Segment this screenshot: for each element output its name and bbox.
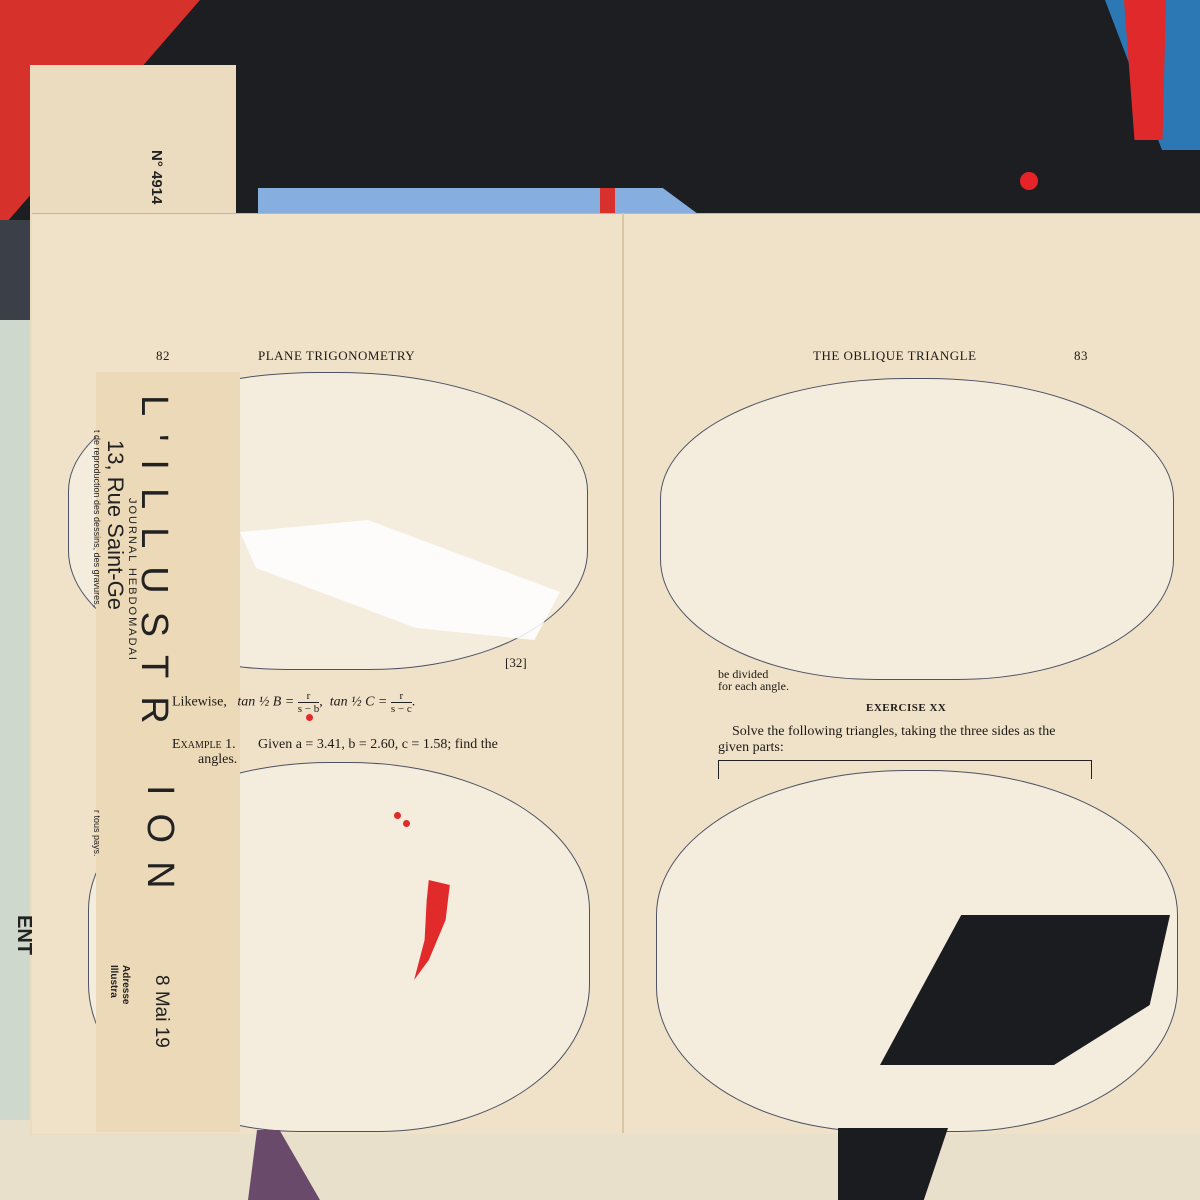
example-text-2: angles. [198, 752, 237, 768]
dark-edge-block [0, 220, 30, 320]
edge-text: ENT [12, 915, 35, 955]
eq2-lhs: tan ½ C = [330, 695, 388, 710]
red-dot [1020, 172, 1038, 190]
eq2-fraction: rs − c [391, 690, 412, 715]
black-paper-bottom [838, 1128, 948, 1200]
exercise-text: Solve the following triangles, taking th… [732, 724, 1055, 740]
cutout-blob-top-right [660, 378, 1174, 680]
blue-paper-strip [258, 188, 698, 214]
magazine-title-part-1: L'ILLUSTR [132, 395, 175, 742]
red-paint-drop [394, 812, 401, 819]
magazine-address-label-2: Illustra [108, 965, 119, 998]
book-spine [622, 213, 624, 1133]
magazine-address: 13, Rue Saint-Ge [102, 440, 128, 610]
magazine-title-part-2: ION [138, 785, 181, 907]
magazine-address-label: Adresse [120, 965, 131, 1004]
eq1-lhs: tan ½ B = [237, 695, 294, 710]
exercise-text-2: given parts: [718, 740, 784, 756]
magazine-rights-text-2: r tous pays. [92, 810, 102, 857]
red-paint-drop [306, 714, 313, 721]
eq1-fraction: rs − b [298, 690, 319, 715]
pale-green-edge [0, 320, 32, 1120]
exercise-heading: EXERCISE XX [866, 702, 946, 714]
magazine-date: 8 Mai 19 [150, 975, 172, 1048]
formula-line: Likewise, tan ½ B = rs − b, tan ½ C = rs… [172, 690, 415, 715]
example-label: Example 1. [172, 737, 236, 753]
right-page-number: 83 [1074, 348, 1088, 364]
table-frame [718, 760, 1092, 779]
purple-paint-bottom [230, 1130, 320, 1200]
equation-reference: [32] [505, 655, 527, 671]
left-running-head: PLANE TRIGONOMETRY [258, 348, 415, 364]
red-paint-drop [403, 820, 410, 827]
left-page-number: 82 [156, 348, 170, 364]
example-text: Given a = 3.41, b = 2.60, c = 1.58; find… [258, 737, 498, 753]
likewise-label: Likewise, [172, 695, 227, 710]
issue-number: N° 4914 [148, 150, 165, 204]
magazine-rights-text: t de reproduction des dessins, des gravu… [92, 430, 102, 607]
red-paper-chip [600, 188, 615, 214]
right-running-head: THE OBLIQUE TRIANGLE [813, 348, 977, 364]
partial-line-2: for each angle. [718, 679, 789, 694]
